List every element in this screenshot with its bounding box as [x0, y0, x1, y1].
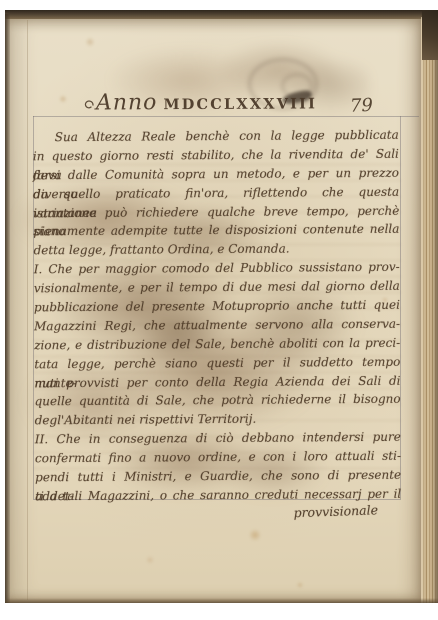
- manuscript-line: pendi tutti i Ministri, e Guardie, che s…: [35, 466, 401, 487]
- manuscript-line: da quello praticato fin'ora, riflettendo…: [33, 182, 399, 203]
- manuscript-line: Sua Altezza Reale benchè con la legge pu…: [33, 126, 399, 147]
- header-flourish-icon: [79, 97, 94, 116]
- manuscript-line: detta legge, frattanto Ordina, e Comanda…: [33, 239, 399, 260]
- manuscript-line: farsi dalle Comunità sopra un metodo, e …: [33, 164, 399, 185]
- manuscript-line: visionalmente, e per il tempo di due mes…: [34, 277, 400, 298]
- manuscript-line: in questo giorno resti stabilito, che la…: [33, 145, 399, 166]
- manuscript-line: Magazzini Regi, che attualmente servono …: [34, 315, 400, 336]
- manuscript-text-block: Sua Altezza Reale benchè con la legge pu…: [33, 126, 402, 506]
- page-gutter-crease: [27, 20, 28, 600]
- header-year-word: Anno: [96, 90, 158, 115]
- manuscript-line: confermati fino a nuovo ordine, e con i …: [35, 447, 401, 468]
- manuscript-line: II. Che in conseguenza di ciò debbano in…: [35, 428, 401, 449]
- manuscript-line: variazione può richiedere qualche breve …: [33, 201, 399, 222]
- manuscript-line: nuti provvisti per conto della Regia Azi…: [34, 371, 400, 392]
- page-header: AnnoMDCCLXXXVIII: [33, 89, 363, 117]
- manuscript-line: I. Che per maggior comodo del Pubblico s…: [34, 258, 400, 279]
- manuscript-line: degl'Abitanti nei rispettivi Territorij.: [35, 409, 401, 430]
- manuscript-line: quelle quantità di Sale, che potrà richi…: [35, 390, 401, 411]
- manuscript-line: zione, e distribuzione del Sale, benchè …: [34, 334, 400, 355]
- book-cover-top-edge: [5, 10, 438, 19]
- manuscript-photo: AnnoMDCCLXXXVIII 79 Sua Altezza Reale be…: [0, 0, 438, 620]
- folio-number: 79: [350, 94, 391, 116]
- header-year-roman: MDCCLXXXVIII: [163, 95, 317, 113]
- manuscript-line: pienamente adempite tutte le disposizion…: [33, 220, 399, 241]
- manuscript-line: pubblicazione del presente Motuproprio a…: [34, 296, 400, 317]
- book-cover-corner: [422, 10, 438, 60]
- book-gutter-edge: [5, 14, 10, 603]
- page-bottom-edge-shadow: [5, 598, 438, 603]
- book-page-stack-edge: [421, 17, 438, 603]
- manuscript-line: tata legge, perchè siano questi per il s…: [34, 352, 400, 373]
